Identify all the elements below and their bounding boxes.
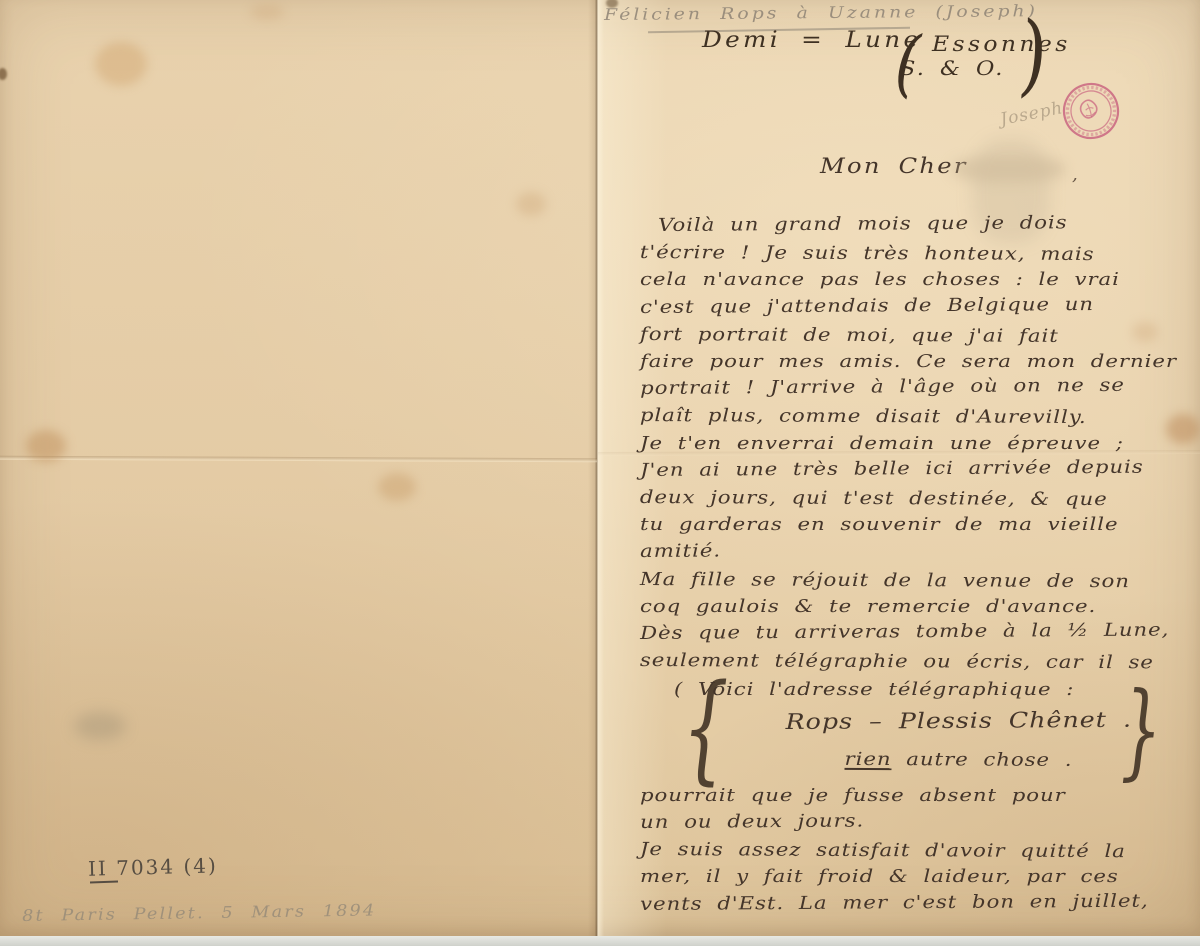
letter-line: cela n'avance pas les choses : le vrai (640, 266, 1200, 293)
letter-line: un ou deux jours. (640, 805, 1200, 836)
letter-line: plaît plus, comme disait d'Aurevilly. (640, 402, 1200, 432)
archivist-note: Félicien Rops à Uzanne (Joseph) (604, 1, 1038, 24)
stain (378, 473, 416, 501)
letter-line: deux jours, qui t'est destinée, & que (640, 484, 1200, 514)
letter-line: vents d'Est. La mer c'est bon en juillet… (640, 886, 1200, 917)
letter-line: Dès que tu arriveras tombe à la ½ Lune, (640, 616, 1200, 647)
letter-line: J'en ai une très belle ici arrivée depui… (640, 453, 1200, 484)
letter-line: Rops – Plessis Chênet . (640, 702, 1200, 740)
letter-line: Voilà un grand mois que je dois (658, 208, 1200, 239)
letter-line: mer, il y fait froid & laideur, par ces (640, 863, 1200, 890)
letter-line: Je suis assez satisfait d'avoir quitté l… (640, 836, 1200, 866)
heading-department: S. & O. (900, 56, 1005, 80)
stain (26, 430, 66, 462)
graphite-smudge (74, 712, 126, 740)
page-left-blank (0, 0, 597, 936)
center-fold (588, 0, 604, 936)
stain (250, 4, 284, 20)
letter-line: t'écrire ! Je suis très honteux, mais (640, 239, 1200, 269)
letter-scan: Félicien Rops à Uzanne (Joseph) Demi = L… (0, 0, 1200, 946)
letter-line: fort portrait de moi, que j'ai fait (640, 321, 1200, 351)
letter-paper: Félicien Rops à Uzanne (Joseph) Demi = L… (0, 0, 1200, 937)
letter-body: { } Voilà un grand mois que je doist'écr… (640, 212, 1180, 918)
letter-line: Je t'en enverrai demain une épreuve ; (640, 430, 1200, 457)
letter-line: amitié. (640, 534, 1200, 565)
letter-line: c'est que j'attendais de Belgique un (640, 289, 1200, 320)
greeting-comma: , (1072, 164, 1078, 185)
letter-line: portrait ! J'arrive à l'âge où on ne se (640, 371, 1200, 402)
letter-line: Ma fille se réjouit de la venue de son (640, 566, 1200, 596)
greeting: Mon Cher (820, 154, 968, 178)
stain (95, 42, 147, 86)
erased-name-smudge (953, 156, 1065, 182)
heading-place: Demi = Lune (702, 28, 921, 53)
stain (516, 192, 546, 216)
letter-line: seulement télégraphie ou écris, car il s… (640, 647, 1200, 677)
scanner-background (0, 936, 1200, 946)
catalog-number: II 7034 (4) (88, 853, 218, 880)
heading-region: Essonnes (932, 32, 1071, 56)
letter-line: rien autre chose . (640, 745, 1200, 775)
letter-line: ( Voici l'adresse télégraphique : (674, 676, 1200, 703)
